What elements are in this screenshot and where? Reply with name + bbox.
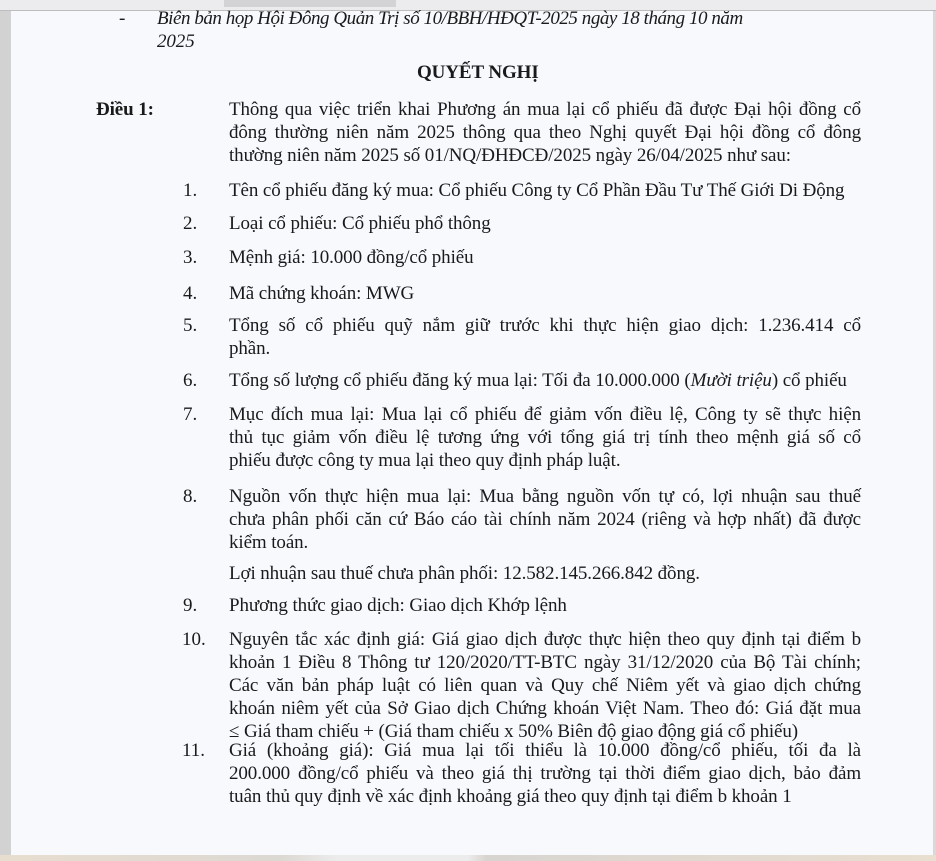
item-text-line: Tổng số lượng cổ phiếu đăng ký mua lại: … (229, 370, 847, 392)
viewer-left-margin (0, 11, 11, 856)
item-text-line: kiểm toán. (229, 532, 308, 554)
article-intro-line: Thông qua việc triển khai Phương án mua … (229, 99, 861, 121)
item-number: 7. (183, 404, 197, 426)
item-number: 4. (183, 283, 197, 305)
item-text-line: khoán niêm yết của Sở Giao dịch Chứng kh… (229, 698, 861, 720)
item-text-line: Giá (khoảng giá): Giá mua lại tối thiểu … (229, 740, 861, 762)
article-label: Điều 1: (96, 99, 154, 121)
item-text-line: Loại cổ phiếu: Cổ phiếu phổ thông (229, 213, 491, 235)
item-text-line: thủ tục giảm vốn điều lệ tương ứng với t… (229, 427, 861, 449)
item-text-line: Nguyên tắc xác định giá: Giá giao dịch đ… (229, 629, 861, 651)
article-intro-line: đông thường niên năm 2025 thông qua theo… (229, 122, 861, 144)
item-note: Lợi nhuận sau thuế chưa phân phối: 12.58… (229, 563, 700, 585)
document-page: - Biên bản họp Hội Đông Quản Trị số 10/B… (11, 11, 933, 855)
item-number: 9. (183, 595, 197, 617)
item-text-line: chưa phân phối căn cứ Báo cáo tài chính … (229, 509, 861, 531)
item-number: 2. (183, 213, 197, 235)
item-text-line: Nguồn vốn thực hiện mua lại: Mua bằng ng… (229, 486, 861, 508)
item-text-line: khoản 1 Điều 8 Thông tư 120/2020/TT-BTC … (229, 652, 861, 674)
item-text-pre: Tổng số lượng cổ phiếu đăng ký mua lại: … (229, 370, 691, 391)
item-text-line: Mục đích mua lại: Mua lại cổ phiếu để gi… (229, 404, 861, 426)
reference-line-2: 2025 (157, 31, 195, 53)
item-text-line: tuân thủ quy định về xác định khoảng giá… (229, 786, 792, 808)
item-text-line: Tên cổ phiếu đăng ký mua: Cổ phiếu Công … (229, 180, 844, 202)
item-text-line: Tổng số cổ phiếu quỹ nắm giữ trước khi t… (229, 315, 861, 337)
section-title: QUYẾT NGHỊ (417, 62, 539, 84)
reference-bullet: - (119, 8, 125, 30)
item-number: 8. (183, 486, 197, 508)
item-text-line: Mã chứng khoán: MWG (229, 283, 414, 305)
item-number: 11. (182, 740, 205, 762)
item-number: 5. (183, 315, 197, 337)
reference-line-1: Biên bản họp Hội Đông Quản Trị số 10/BBH… (157, 8, 743, 30)
item-text-line: Mệnh giá: 10.000 đồng/cổ phiếu (229, 247, 474, 269)
item-text-line: Các văn bản pháp luật có liên quan và Qu… (229, 675, 861, 697)
item-text-line: phần. (229, 338, 270, 360)
viewer-top-tab (224, 0, 396, 7)
item-text-italic: Mười triệu (691, 370, 772, 391)
item-text-line: 200.000 đồng/cổ phiếu và theo giá thị tr… (229, 763, 861, 785)
item-text-post: ) cổ phiếu (772, 370, 847, 391)
item-text-line: phiếu được công ty mua lại theo quy định… (229, 450, 620, 472)
article-intro-line: thường niên năm 2025 số 01/NQ/ĐHĐCĐ/2025… (229, 145, 791, 167)
item-number: 10. (182, 629, 206, 651)
item-number: 1. (183, 180, 197, 202)
item-number: 6. (183, 370, 197, 392)
item-text-line: Phương thức giao dịch: Giao dịch Khớp lệ… (229, 595, 567, 617)
item-number: 3. (183, 247, 197, 269)
viewer-bottom-bar (0, 855, 936, 861)
